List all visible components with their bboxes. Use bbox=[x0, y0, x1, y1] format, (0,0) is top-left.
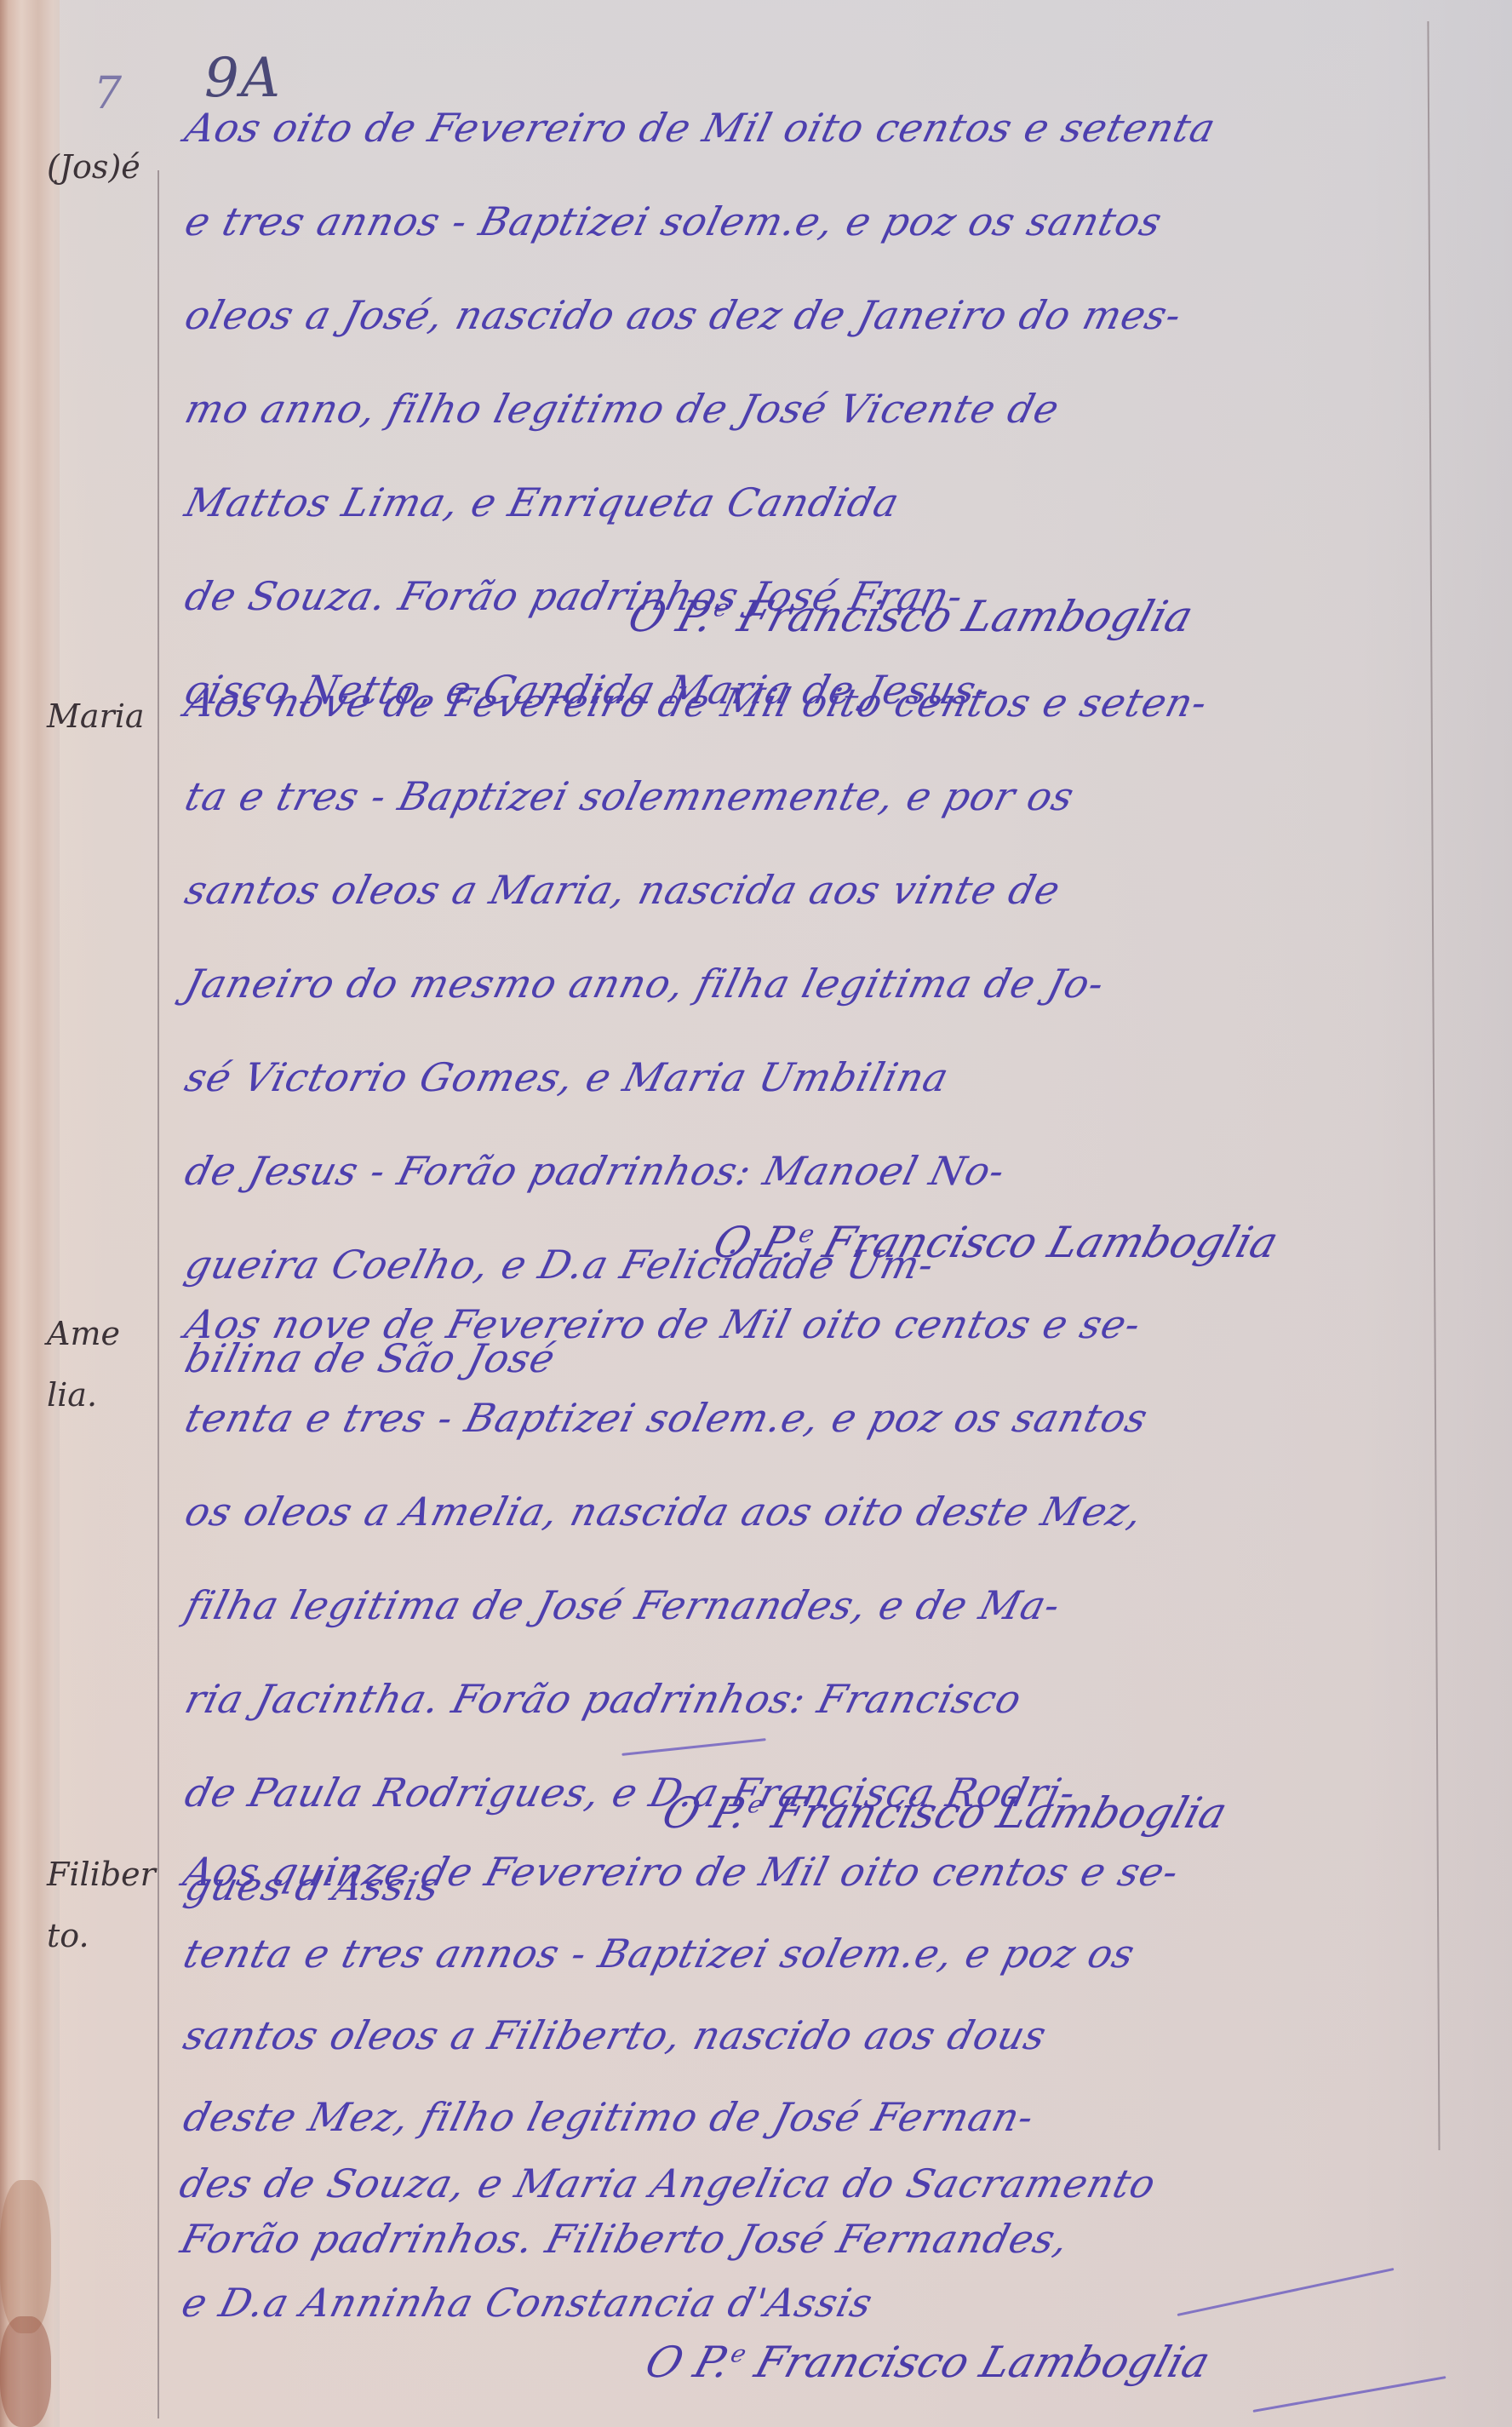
entry-line: Aos quinze de Fevereiro de Mil oito cent… bbox=[175, 1831, 1455, 1913]
entry-line: deste Mez, filho legitimo de José Fernan… bbox=[175, 2076, 1455, 2158]
entry-line: tenta e tres annos - Baptizei solem.e, e… bbox=[175, 1913, 1455, 1994]
paper-stain bbox=[0, 2316, 51, 2427]
entry-line: tenta e tres - Baptizei solem.e, e poz o… bbox=[175, 1371, 1458, 1465]
entry-line: mo anno, filho legitimo de José Vicente … bbox=[175, 362, 1458, 456]
entry-filiberto: Aos quinze de Fevereiro de Mil oito cent… bbox=[175, 1831, 1435, 2337]
entry-line: des de Souza, e Maria Angelica do Sacram… bbox=[175, 2158, 1447, 2209]
flourish-line bbox=[1252, 2376, 1446, 2413]
priest-signature: O P.e Francisco Lamboglia bbox=[708, 1218, 1284, 1267]
entry-line: de Jesus - Forão padrinhos: Manoel No- bbox=[175, 1124, 1458, 1218]
entry-line: os oleos a Amelia, nascida aos oito dest… bbox=[175, 1465, 1458, 1558]
entry-line: sé Victorio Gomes, e Maria Umbilina bbox=[175, 1030, 1458, 1124]
entry-line: filha legitima de José Fernandes, e de M… bbox=[175, 1558, 1458, 1652]
entry-line: Forão padrinhos. Filiberto José Fernande… bbox=[175, 2209, 1449, 2269]
entry-line: Janeiro do mesmo anno, filha legitima de… bbox=[175, 937, 1458, 1030]
book-binding-gutter bbox=[0, 0, 60, 2427]
register-page: 7 9A (Jos)é Aos oito de Fevereiro de Mil… bbox=[0, 0, 1512, 2427]
margin-name-entry-4: Filiber to. bbox=[47, 1844, 157, 1966]
entry-line: santos oleos a Maria, nascida aos vinte … bbox=[175, 843, 1458, 937]
margin-rule-line bbox=[157, 170, 159, 2418]
priest-signature: O P.e Francisco Lamboglia bbox=[640, 2338, 1216, 2387]
entry-line: e tres annos - Baptizei solem.e, e poz o… bbox=[175, 175, 1458, 268]
margin-name-entry-1: (Jos)é bbox=[47, 136, 157, 198]
margin-name-entry-2: Maria bbox=[47, 686, 157, 747]
entry-line: Aos nove de Fevereiro de Mil oito centos… bbox=[175, 1277, 1458, 1371]
entry-line: Aos oito de Fevereiro de Mil oito centos… bbox=[175, 81, 1458, 175]
folio-mark: 7 bbox=[94, 68, 122, 119]
margin-name-entry-3: Ame lia. bbox=[47, 1303, 157, 1426]
entry-line: e D.a Anninha Constancia d'Assis bbox=[175, 2269, 1452, 2337]
entry-line: ria Jacintha. Forão padrinhos: Francisco bbox=[175, 1652, 1458, 1746]
entry-line: ta e tres - Baptizei solemnemente, e por… bbox=[175, 749, 1458, 843]
priest-signature: O P.e Francisco Lamboglia bbox=[623, 592, 1199, 641]
entry-line: Mattos Lima, e Enriqueta Candida bbox=[175, 456, 1458, 549]
paper-stain bbox=[0, 2180, 51, 2333]
entry-line: oleos a José, nascido aos dez de Janeiro… bbox=[175, 268, 1458, 362]
entry-line: Aos nove de Fevereiro de Mil oito centos… bbox=[175, 656, 1458, 749]
entry-line: santos oleos a Filiberto, nascido aos do… bbox=[175, 1994, 1455, 2076]
